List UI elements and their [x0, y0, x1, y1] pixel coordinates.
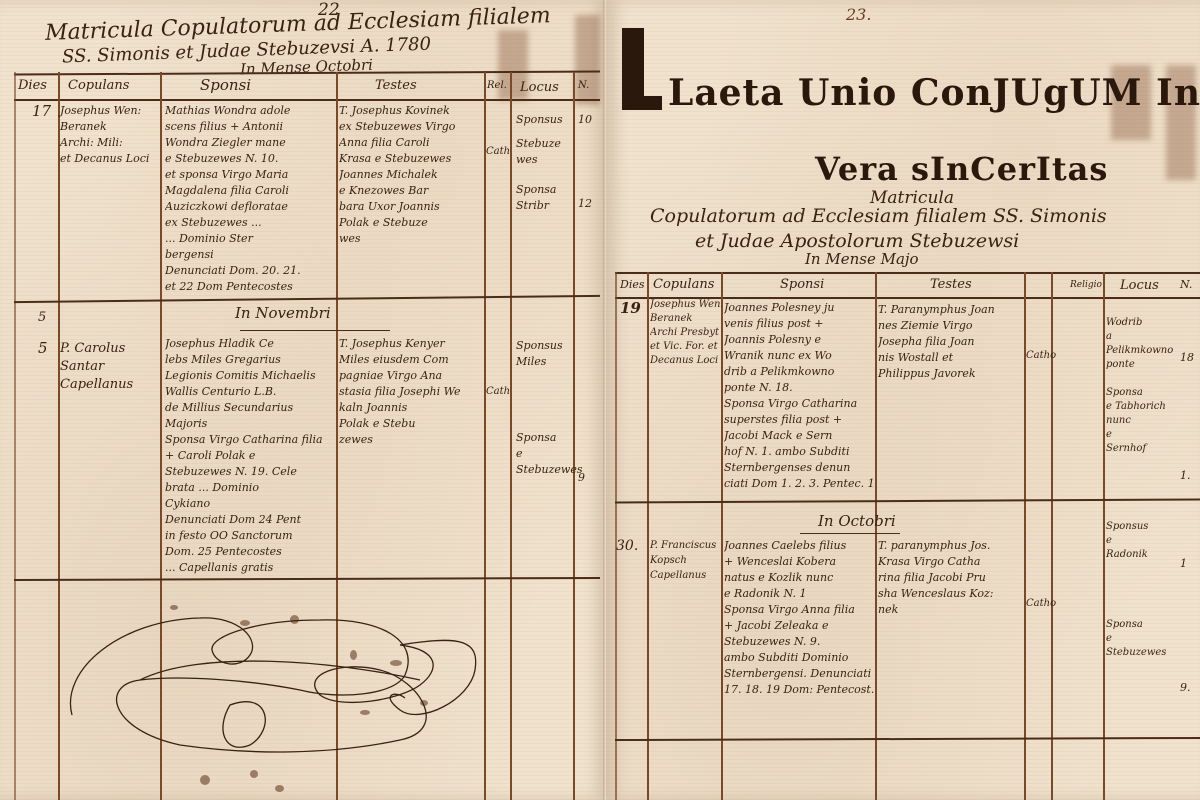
- column-rule: [1103, 272, 1105, 800]
- col-header-sponsi: Sponsi: [780, 277, 824, 292]
- entry-number: 18: [1180, 350, 1194, 366]
- column-rule: [875, 272, 877, 800]
- table-rule: [14, 99, 600, 101]
- heading-underline: [240, 330, 390, 331]
- col-header-testes: Testes: [930, 277, 972, 292]
- entry-testes: T. paranymphus Jos. Krasa Virgo Catha ri…: [878, 538, 1024, 618]
- month-heading-november: In Novembri: [235, 304, 331, 322]
- entry-day: 5: [38, 340, 48, 356]
- heading-underline: [800, 533, 900, 534]
- entry-day-marker: 5: [38, 310, 46, 326]
- entry-number: 12: [578, 196, 592, 212]
- entry-sponsi: Joannes Caelebs filius + Wenceslai Kober…: [724, 538, 874, 698]
- motto-line-2: Vera sInCerItas: [815, 150, 1108, 188]
- register-title-right-line1: Copulatorum ad Ecclesiam filialem SS. Si…: [650, 205, 1107, 227]
- entry-number: 10: [578, 112, 592, 128]
- entry-copulans: P. Franciscus Kopsch Capellanus: [650, 538, 722, 583]
- column-rule: [615, 272, 617, 800]
- col-header-number: N.: [1180, 278, 1192, 291]
- entry-locus: Sponsus Stebuze wes Sponsa Stribr: [516, 112, 572, 214]
- entry-religio: Cath: [486, 384, 510, 400]
- entry-religio: Cath: [486, 144, 510, 160]
- entry-number: 9.: [1180, 680, 1191, 696]
- col-header-copulans: Copulans: [653, 277, 714, 292]
- month-heading-october-right: In Octobri: [818, 512, 896, 530]
- entry-testes: T. Josephus Kovinek ex Stebuzewes Virgo …: [339, 103, 484, 247]
- left-page: 22 Matricula Copulatorum ad Ecclesiam fi…: [0, 0, 606, 800]
- entry-copulans: P. Carolus Santar Capellanus: [60, 340, 160, 394]
- entry-testes: T. Josephus Kenyer Miles eiusdem Com pag…: [339, 336, 484, 448]
- col-header-locus: Locus: [520, 80, 559, 95]
- entry-locus: Sponsus e Radonik Sponsa e Stebuzewes: [1106, 520, 1178, 660]
- entry-religio: Catho: [1026, 596, 1056, 612]
- entry-sponsi: Joannes Polesney ju venis filius post + …: [724, 300, 874, 492]
- page-number-right: 23.: [846, 5, 871, 24]
- month-heading-may: In Mense Majo: [805, 250, 919, 268]
- ink-stain: [575, 15, 600, 105]
- column-rule: [647, 272, 649, 800]
- entry-sponsi: Mathias Wondra adole scens filius + Anto…: [165, 103, 335, 295]
- entry-copulans: Josephus Wen: Beranek Archi: Mili: et De…: [60, 103, 160, 167]
- entry-sponsi: Josephus Hladik Ce lebs Miles Gregarius …: [165, 336, 337, 576]
- entry-number: 1: [1180, 556, 1187, 572]
- entry-day: 17: [32, 103, 51, 119]
- col-header-copulans: Copulans: [68, 78, 129, 93]
- entry-testes: T. Paranymphus Joan nes Ziemie Virgo Jos…: [878, 302, 1024, 382]
- decorative-initial-L-foot: [622, 96, 662, 110]
- col-header-sponsi: Sponsi: [200, 76, 251, 94]
- pen-scribble: [0, 580, 600, 800]
- col-header-number: N.: [578, 80, 589, 91]
- entry-number: 9: [578, 470, 585, 486]
- motto-line-1: Laeta Unio ConJUgUM In Deo est, Ubi: [668, 72, 1200, 114]
- col-header-locus: Locus: [1120, 278, 1159, 293]
- col-header-religio: Rel.: [487, 80, 507, 91]
- month-heading-october: In Mense Octobri: [240, 56, 373, 79]
- entry-number: 1.: [1180, 468, 1191, 484]
- col-header-testes: Testes: [375, 78, 417, 93]
- entry-religio: Catho: [1026, 348, 1056, 364]
- col-header-dies: Dies: [18, 78, 47, 93]
- entry-copulans: Josephus Wen: Beranek Archi Presbyt et V…: [650, 298, 722, 368]
- table-rule: [615, 272, 1200, 274]
- register-title-right-line2: et Judae Apostolorum Stebuzewsi: [695, 230, 1019, 252]
- entry-day: 19: [620, 300, 641, 316]
- entry-locus: Sponsus Miles Sponsa e Stebuzewes: [516, 338, 572, 478]
- entry-locus: Wodrib a Pelikmkowno ponte Sponsa e Tabh…: [1106, 316, 1178, 456]
- col-header-religio: Religio: [1070, 280, 1102, 290]
- entry-day: 30.: [616, 538, 638, 554]
- row-divider: [14, 295, 600, 303]
- col-header-dies: Dies: [620, 278, 645, 291]
